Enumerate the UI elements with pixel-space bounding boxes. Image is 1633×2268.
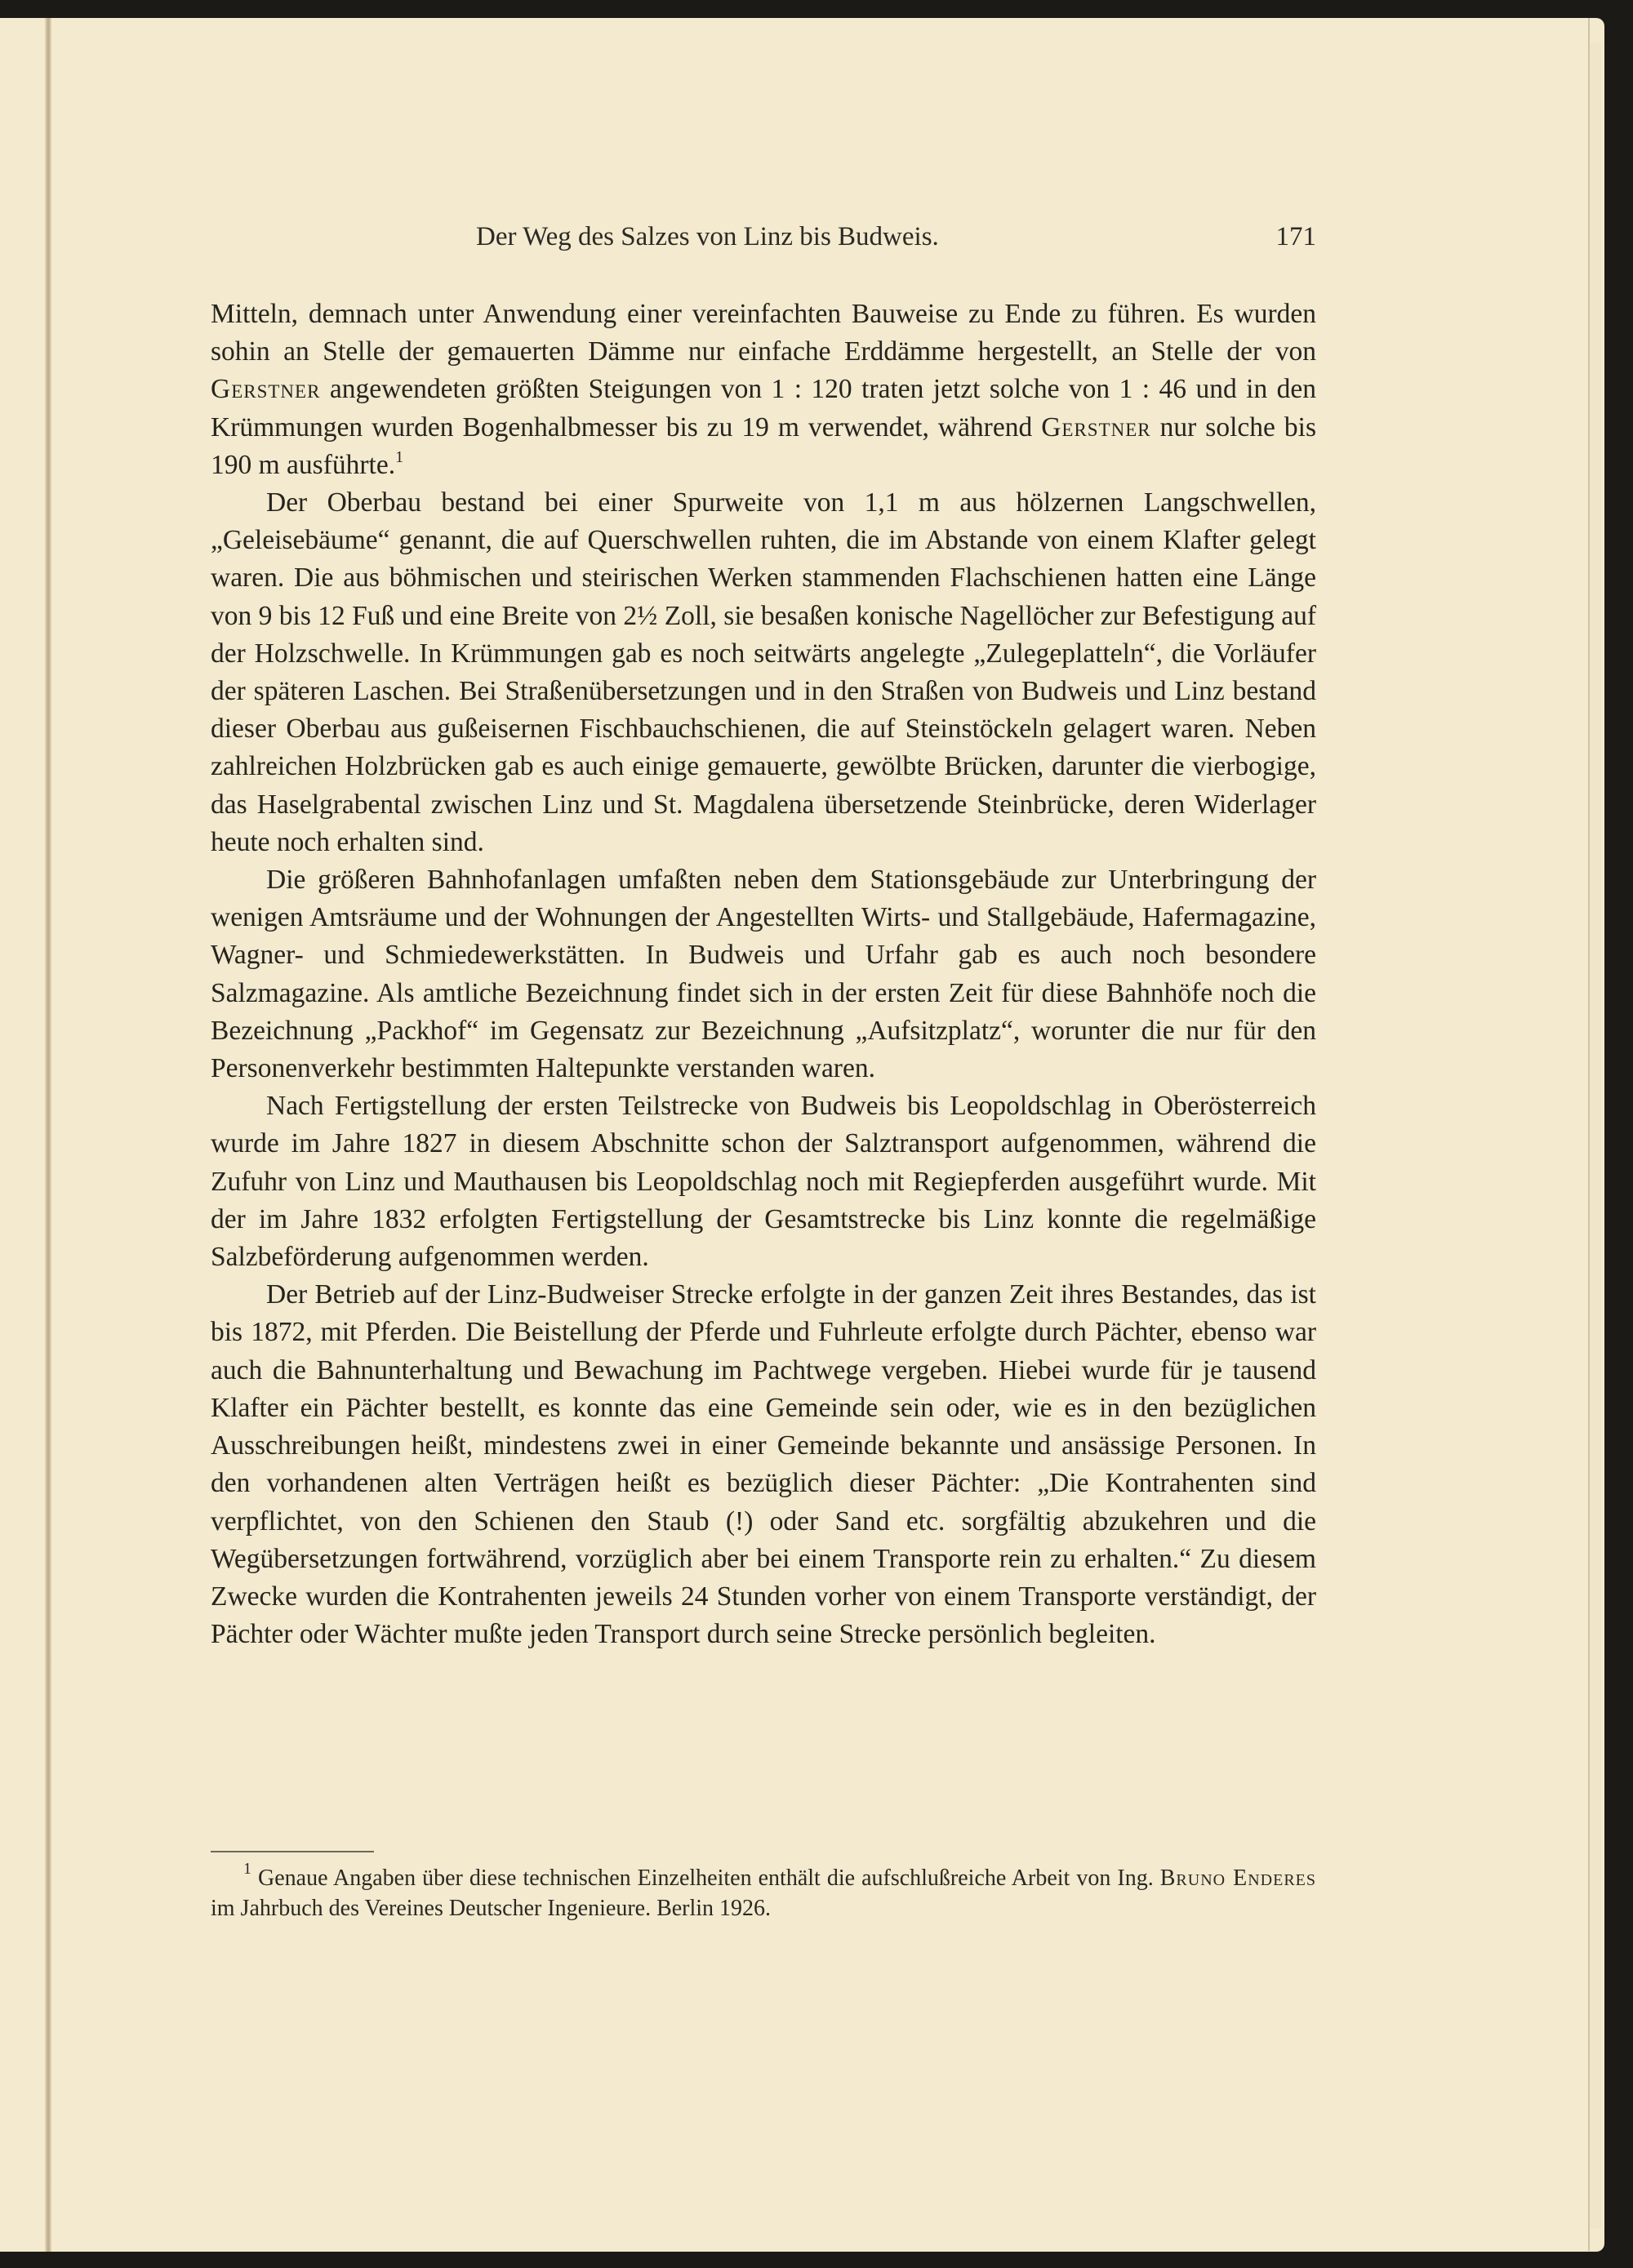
footnote-reference[interactable]: 1	[395, 448, 403, 466]
footnote-divider	[211, 1851, 374, 1852]
author-name: Bruno Enderes	[1160, 1866, 1316, 1891]
book-gutter	[45, 18, 51, 2252]
running-title: Der Weg des Salzes von Linz bis Budweis.	[476, 222, 939, 252]
page-header: Der Weg des Salzes von Linz bis Budweis.…	[211, 222, 1316, 263]
author-name: Gerstner	[211, 374, 320, 404]
body-text: Mitteln, demnach unter Anwendung einer v…	[211, 296, 1316, 1653]
author-name: Gerstner	[1041, 412, 1150, 442]
paragraph: Mitteln, demnach unter Anwendung einer v…	[211, 296, 1316, 484]
page-number: 171	[1276, 222, 1317, 252]
footnotes: 1 Genaue Angaben über diese technischen …	[211, 1864, 1316, 1923]
paragraph: Die größeren Bahnhofanlagen umfaßten neb…	[211, 861, 1316, 1087]
paragraph: Nach Fertigstellung der ersten Teilstrec…	[211, 1087, 1316, 1276]
footnote-marker: 1	[243, 1860, 251, 1878]
paragraph: Der Betrieb auf der Linz-Budweiser Strec…	[211, 1276, 1316, 1653]
paragraph: Der Oberbau bestand bei einer Spurweite …	[211, 484, 1316, 861]
footnote: 1 Genaue Angaben über diese technischen …	[211, 1864, 1316, 1923]
